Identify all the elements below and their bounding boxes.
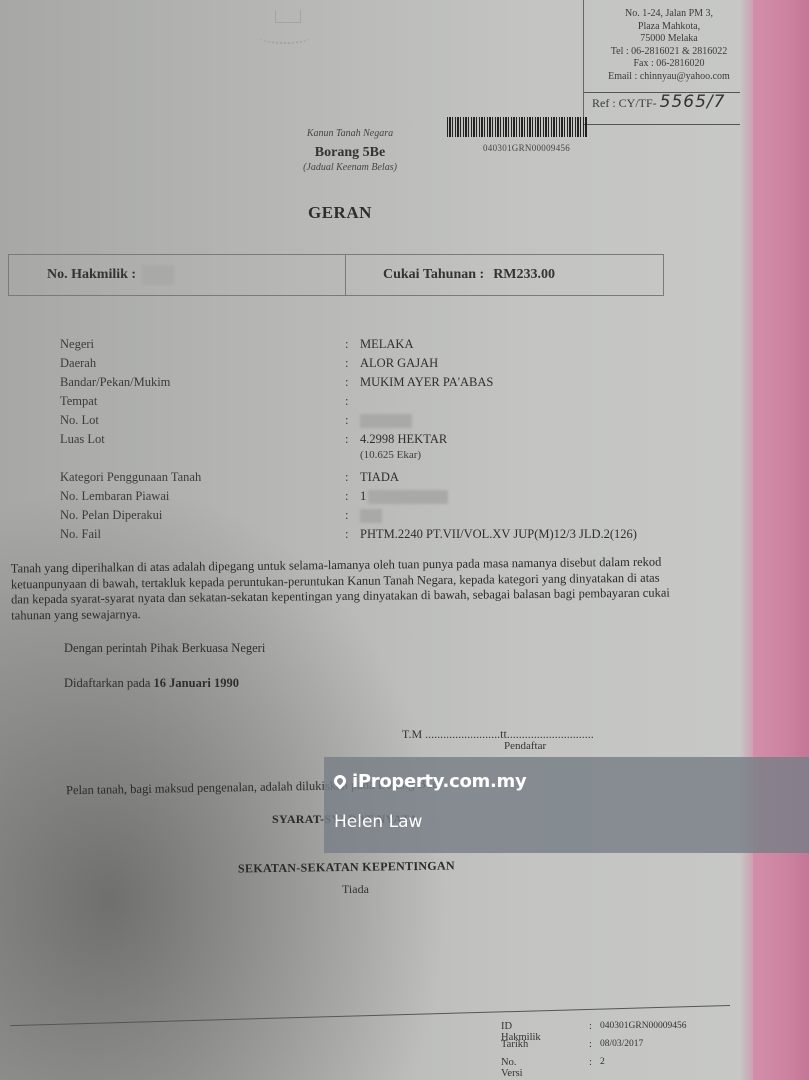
stamp-address-line: Plaza Mahkota, [594, 21, 744, 34]
detail-label: Negeri [60, 337, 94, 352]
title-info-box: No. Hakmilik : Cukai Tahunan : RM233.00 [8, 254, 664, 296]
detail-value: 4.2998 HEKTAR [360, 432, 447, 447]
detail-row: Bandar/Pekan/Mukim : MUKIM AYER PA'ABAS [60, 375, 680, 394]
detail-label: Daerah [60, 356, 96, 371]
meta-value: 2 [600, 1057, 605, 1067]
ownership-paragraph: Tanah yang diperihalkan di atas adalah d… [11, 555, 672, 624]
detail-row: Daerah : ALOR GAJAH [60, 356, 680, 375]
detail-value: MELAKA [360, 337, 413, 352]
pink-folder-edge [753, 0, 809, 1080]
detail-label: No. Fail [60, 527, 101, 542]
pelan-redacted [360, 509, 382, 523]
authority-order: Dengan perintah Pihak Berkuasa Negeri [64, 641, 265, 656]
ref-handwritten: 5565/7 [660, 92, 726, 112]
registration-date-value: 16 Januari 1990 [154, 676, 239, 690]
registration-prefix: Didaftarkan pada [64, 676, 150, 690]
cukai-label: Cukai Tahunan : [383, 267, 484, 283]
detail-row: Kategori Penggunaan Tanah : TIADA [60, 470, 680, 489]
brand-text: iProperty.com.my [352, 771, 526, 792]
watermark-brand: iProperty.com.my [334, 771, 526, 792]
detail-row: Tempat : [60, 394, 680, 413]
meta-value: 040301GRN00009456 [600, 1021, 687, 1031]
detail-row: No. Lembaran Piawai : 1 [60, 489, 680, 508]
stamp-email: Email : chinnyau@yahoo.com [594, 71, 744, 84]
registration-date: Didaftarkan pada 16 Januari 1990 [64, 676, 239, 691]
barcode-icon [447, 117, 587, 137]
detail-label: Tempat [60, 394, 97, 409]
restrictions-value: Tiada [342, 882, 369, 897]
folder-shadow [740, 0, 753, 1080]
land-details: Negeri : MELAKA Daerah : ALOR GAJAH Band… [60, 337, 680, 546]
detail-row: No. Fail : PHTM.2240 PT.VII/VOL.XV JUP(M… [60, 527, 680, 546]
form-number: Borang 5Be [270, 145, 430, 161]
cukai-cell: Cukai Tahunan : RM233.00 [346, 255, 555, 295]
form-header: Kanun Tanah Negara Borang 5Be (Jadual Ke… [270, 128, 430, 173]
act-name: Kanun Tanah Negara [270, 128, 430, 139]
cukai-value: RM233.00 [493, 267, 555, 283]
meta-value: 08/03/2017 [600, 1039, 643, 1049]
document-page: No. 1-24, Jalan PM 3, Plaza Mahkota, 750… [0, 0, 740, 1080]
detail-label: No. Lembaran Piawai [60, 489, 169, 504]
location-pin-icon [332, 772, 349, 789]
document-title: GERAN [308, 203, 372, 223]
detail-label: No. Lot [60, 413, 99, 428]
crest-watermark-icon [255, 20, 315, 50]
detail-value: MUKIM AYER PA'ABAS [360, 375, 493, 390]
stamp-address-line: 75000 Melaka [594, 33, 744, 46]
ref-label: Ref : CY/TF- [592, 96, 657, 110]
lawyer-stamp: No. 1-24, Jalan PM 3, Plaza Mahkota, 750… [583, 0, 744, 124]
detail-label: Kategori Penggunaan Tanah [60, 470, 201, 485]
stamp-fax: Fax : 06-2816020 [594, 58, 744, 71]
stamp-ref: Ref : CY/TF- 5565/7 [592, 96, 725, 110]
detail-label: No. Pelan Diperakui [60, 508, 162, 523]
detail-row: No. Lot : [60, 413, 680, 432]
stamp-address-line: No. 1-24, Jalan PM 3, [594, 8, 744, 21]
hakmilik-redacted [142, 265, 174, 285]
signature-role: Pendaftar [504, 740, 546, 752]
detail-row: No. Pelan Diperakui : [60, 508, 680, 527]
restrictions-heading: SEKATAN-SEKATAN KEPENTINGAN [238, 858, 455, 876]
lot-redacted [360, 414, 412, 428]
hakmilik-cell: No. Hakmilik : [9, 255, 346, 295]
hakmilik-label: No. Hakmilik : [47, 267, 136, 283]
meta-label: Tarikh [501, 1039, 528, 1050]
signature-line: T.M .........................tt.........… [402, 727, 594, 742]
schedule-name: (Jadual Keenam Belas) [270, 162, 430, 173]
meta-label: No. Versi [501, 1057, 523, 1079]
detail-row: Luas Lot : 4.2998 HEKTAR (10.625 Ekar) [60, 432, 680, 470]
detail-value: PHTM.2240 PT.VII/VOL.XV JUP(M)12/3 JLD.2… [360, 527, 637, 542]
stamp-divider [584, 124, 742, 125]
detail-sub-value: (10.625 Ekar) [360, 449, 421, 461]
barcode-text: 040301GRN00009456 [483, 143, 570, 153]
lembaran-redacted [368, 490, 448, 504]
watermark-overlay: iProperty.com.my Helen Law [324, 757, 809, 853]
agent-name: Helen Law [334, 812, 422, 832]
detail-value: TIADA [360, 470, 399, 485]
detail-label: Luas Lot [60, 432, 105, 447]
detail-row: Negeri : MELAKA [60, 337, 680, 356]
detail-value: ALOR GAJAH [360, 356, 438, 371]
detail-label: Bandar/Pekan/Mukim [60, 375, 170, 390]
stamp-tel: Tel : 06-2816021 & 2816022 [594, 46, 744, 59]
